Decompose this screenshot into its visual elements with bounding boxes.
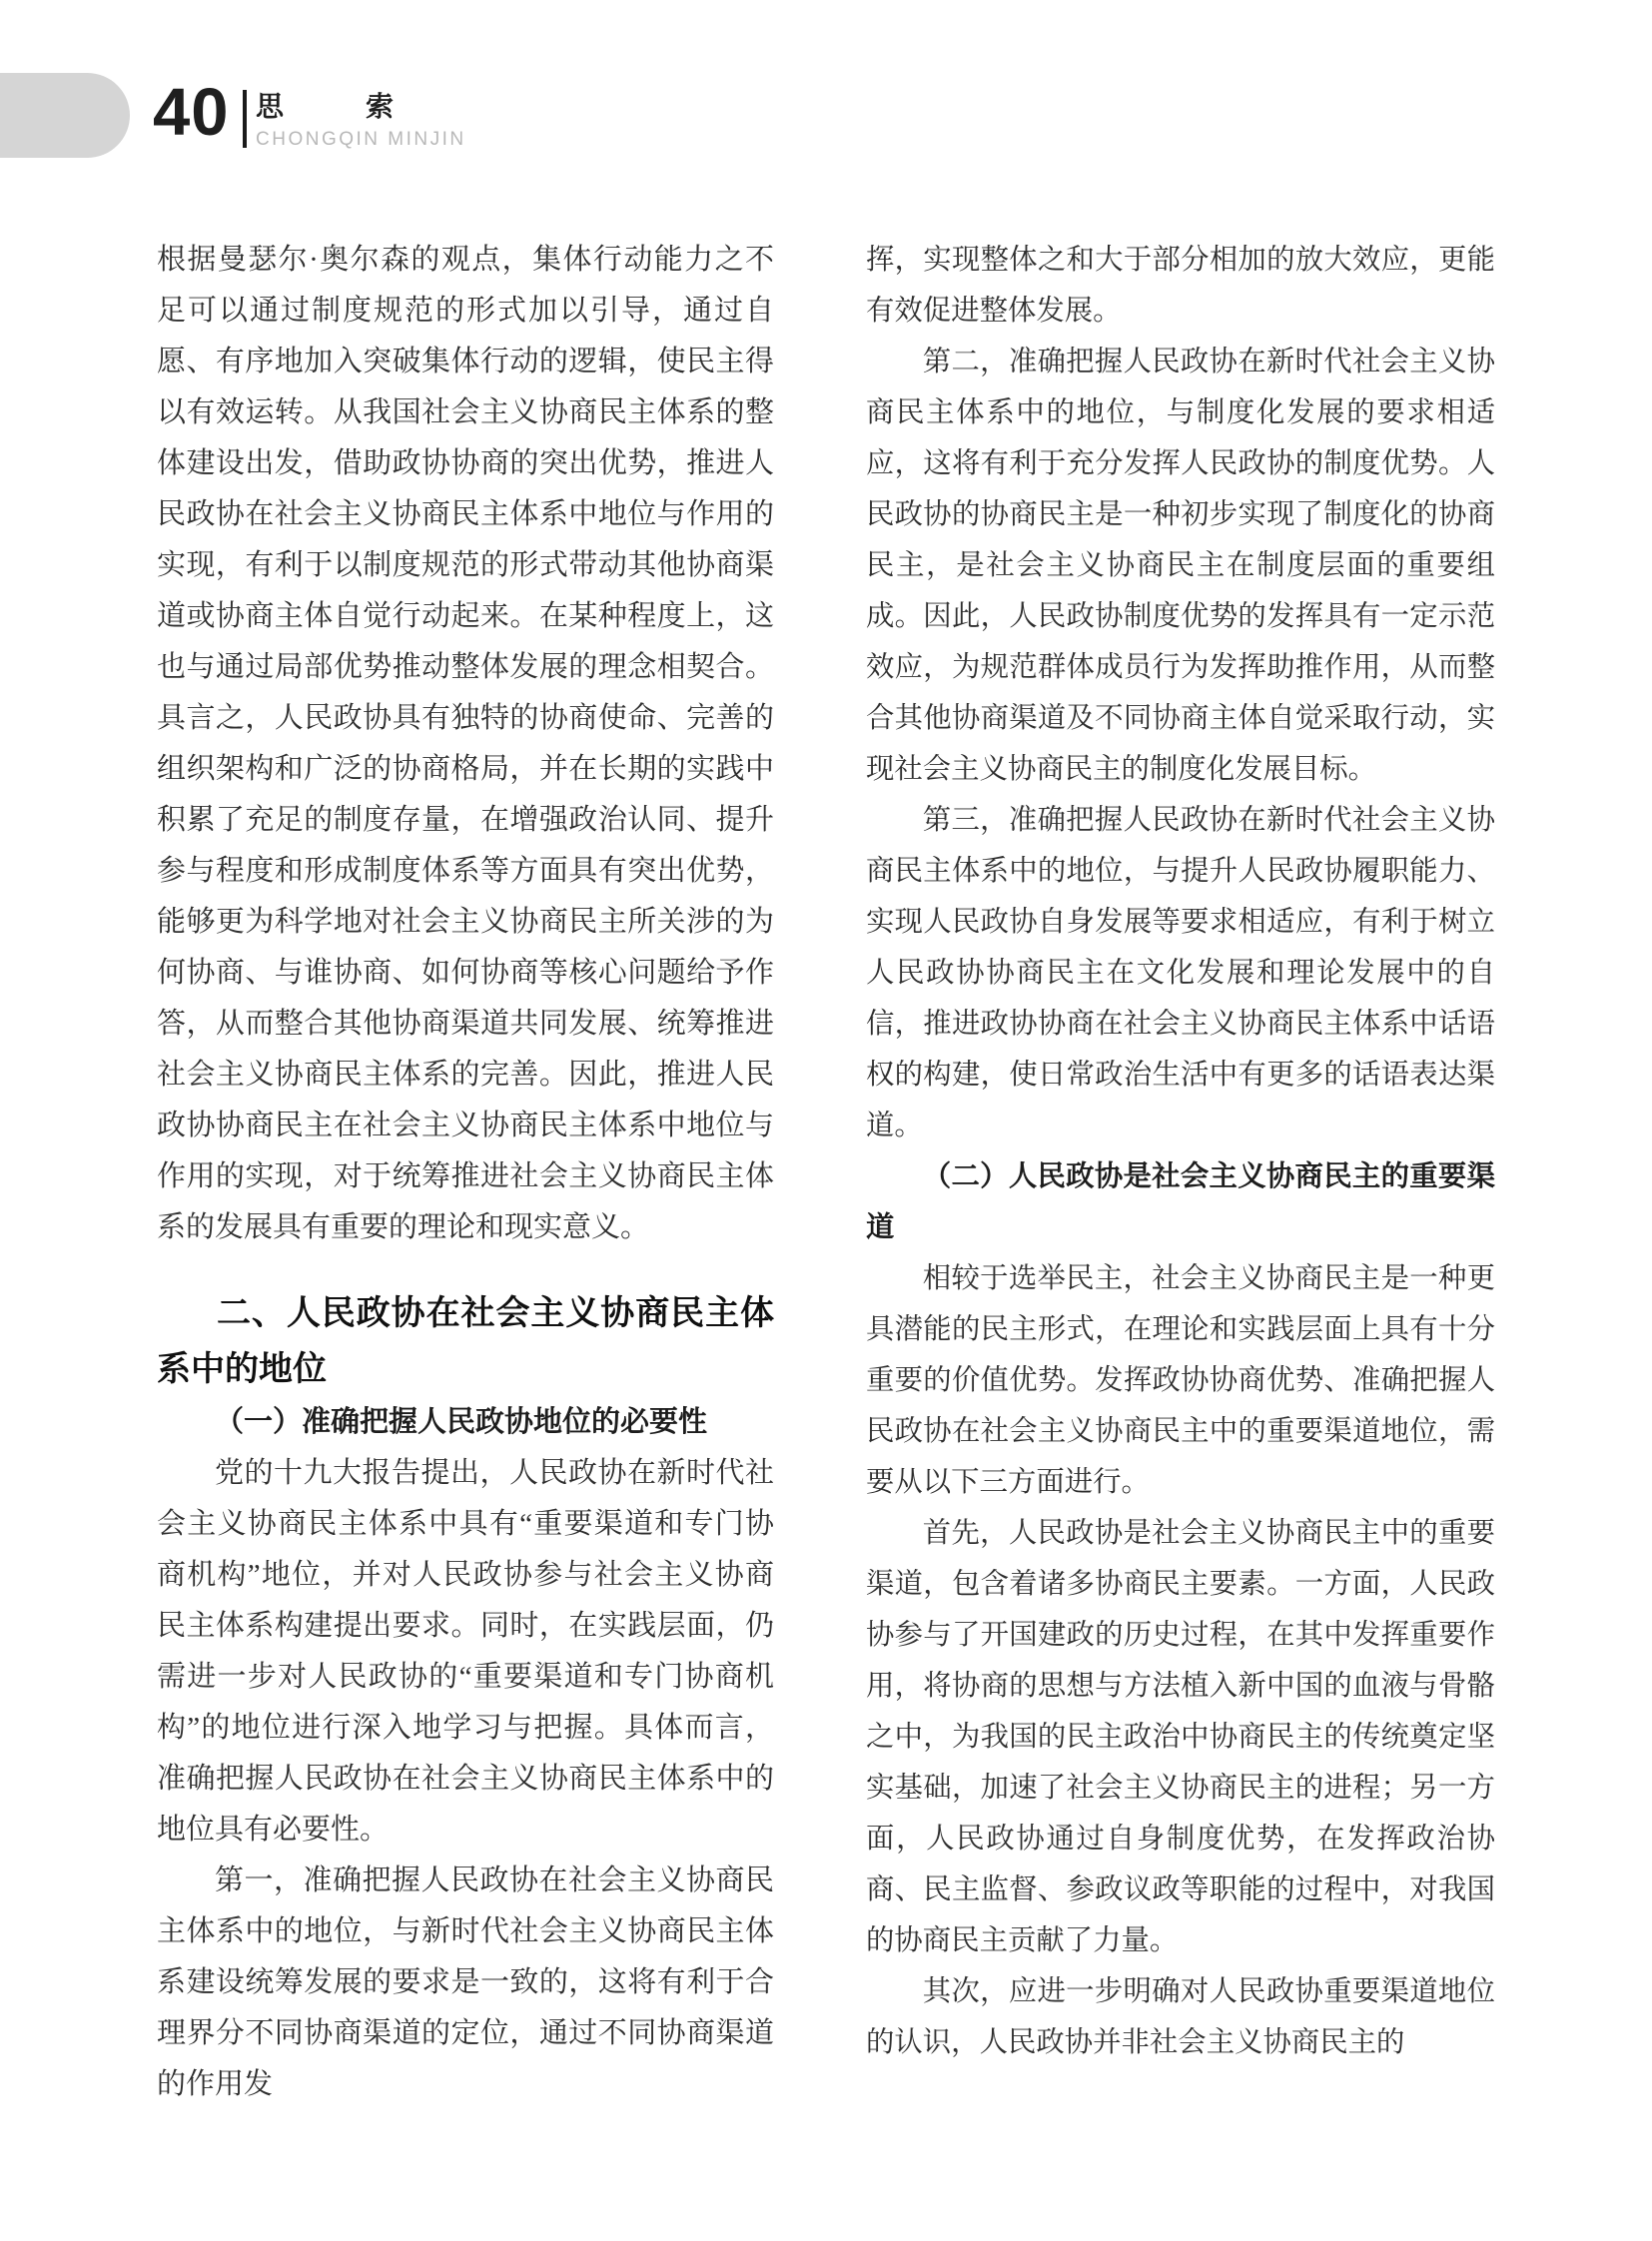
paragraph-continuation: 挥，实现整体之和大于部分相加的放大效应，更能有效促进整体发展。 xyxy=(866,235,1495,337)
paragraph-intro: 根据曼瑟尔·奥尔森的观点，集体行动能力之不足可以通过制度规范的形式加以引导，通过… xyxy=(157,235,774,1253)
paragraph: 党的十九大报告提出，人民政协在新时代社会主义协商民主体系中具有“重要渠道和专门协… xyxy=(157,1448,774,1856)
section-heading: 二、人民政协在社会主义协商民主体系中的地位 xyxy=(157,1285,774,1397)
sub-heading-1: （一）准确把握人民政协地位的必要性 xyxy=(157,1397,774,1448)
paragraph: 第二，准确把握人民政协在新时代社会主义协商民主体系中的地位，与制度化发展的要求相… xyxy=(866,337,1495,795)
journal-name: CHONGQIN MINJIN xyxy=(256,129,466,151)
page-number: 40 xyxy=(153,70,230,155)
edge-tab xyxy=(0,73,130,158)
column-title: 思 索 xyxy=(256,90,466,124)
page-header: 思 索 CHONGQIN MINJIN xyxy=(256,90,466,151)
paragraph: 首先，人民政协是社会主义协商民主中的重要渠道，包含着诸多协商民主要素。一方面，人… xyxy=(866,1508,1495,1966)
right-column: 挥，实现整体之和大于部分相加的放大效应，更能有效促进整体发展。 第二，准确把握人… xyxy=(866,235,1495,2068)
paragraph: 第三，准确把握人民政协在新时代社会主义协商民主体系中的地位，与提升人民政协履职能… xyxy=(866,795,1495,1151)
sub-heading-2: （二）人民政协是社会主义协商民主的重要渠道 xyxy=(866,1151,1495,1253)
paragraph: 第一，准确把握人民政协在社会主义协商民主体系中的地位，与新时代社会主义协商民主体… xyxy=(157,1856,774,2110)
header-divider xyxy=(243,90,247,148)
paragraph: 其次，应进一步明确对人民政协重要渠道地位的认识，人民政协并非社会主义协商民主的 xyxy=(866,1966,1495,2068)
paragraph: 相较于选举民主，社会主义协商民主是一种更具潜能的民主形式，在理论和实践层面上具有… xyxy=(866,1253,1495,1508)
left-column: 根据曼瑟尔·奥尔森的观点，集体行动能力之不足可以通过制度规范的形式加以引导，通过… xyxy=(157,235,774,2110)
journal-page: 40 思 索 CHONGQIN MINJIN 根据曼瑟尔·奥尔森的观点，集体行动… xyxy=(0,0,1652,2241)
